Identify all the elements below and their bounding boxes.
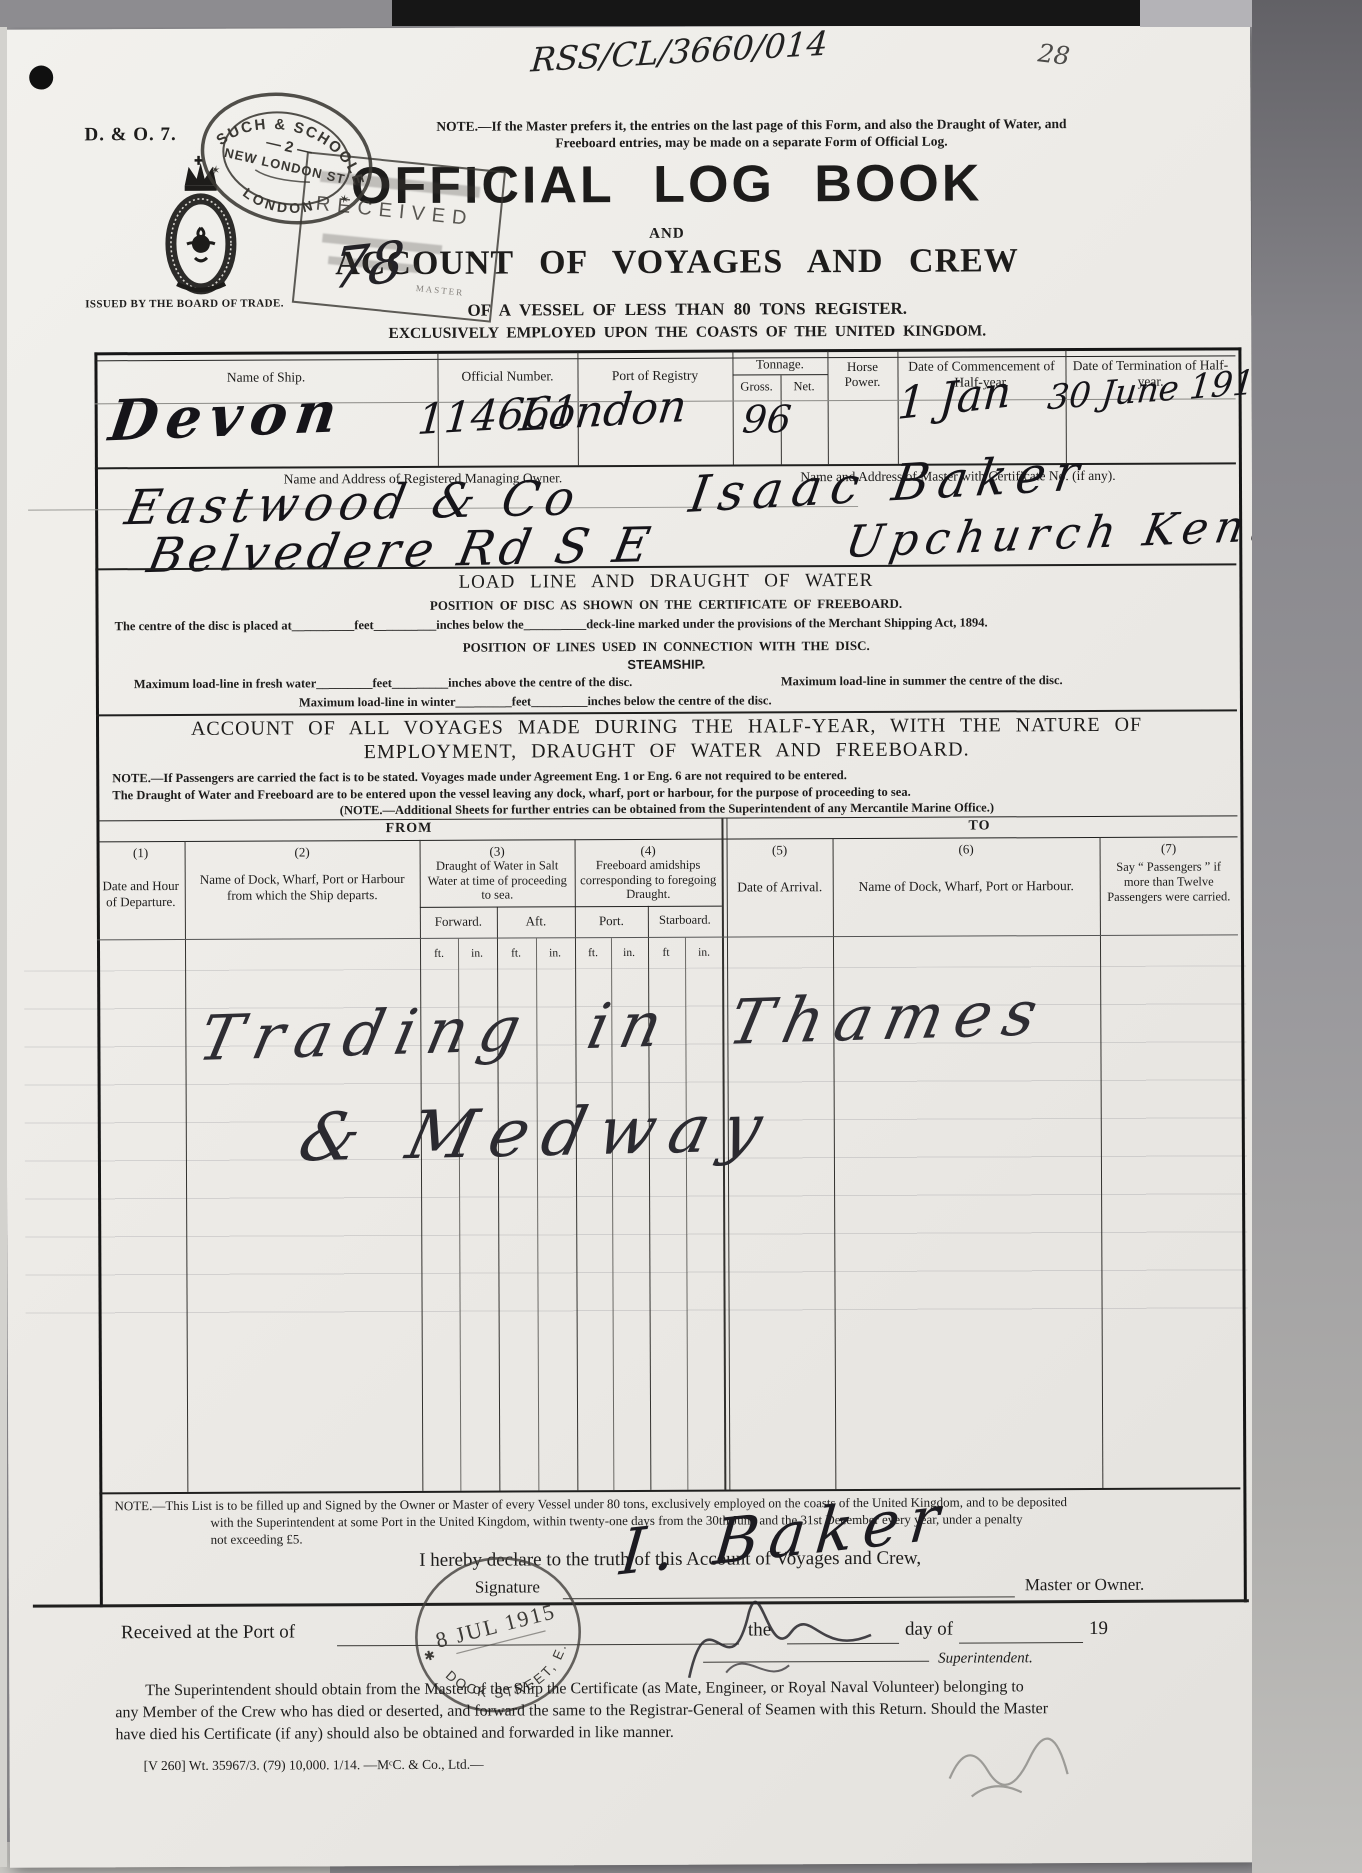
unit-label: ft. — [578, 947, 608, 959]
declaration-note-line3: not exceeding £5. — [211, 1531, 303, 1547]
col4-sub-starboard: Starboard. — [648, 913, 722, 928]
col7-title: Say “ Passengers ” if more than Twelve P… — [1104, 859, 1234, 905]
unit-label: in. — [462, 948, 492, 960]
from-label: FROM — [96, 820, 721, 839]
col5-number: (5) — [727, 842, 833, 858]
issued-by-caption: ISSUED BY THE BOARD OF TRADE. — [85, 298, 284, 311]
col3-sub-aft: Aft. — [497, 913, 575, 929]
superintendent-label: Superintendent. — [938, 1650, 1033, 1667]
under-sheet-strip — [0, 27, 7, 1867]
col1-title: Date and Hour of Departure. — [101, 878, 181, 910]
col3-sub-forward: Forward. — [420, 914, 497, 930]
blank-line — [959, 1642, 1083, 1644]
col2-number: (2) — [185, 844, 420, 861]
scanned-photo: D. & O. 7. RSS/CL/3660/014 28 NOTE.—If t… — [0, 0, 1362, 1873]
col3-title: Draught of Water in Salt Water at time o… — [424, 858, 571, 902]
voyage-entry-line2: & Medway — [292, 1089, 783, 1177]
received-stamp-smudge — [320, 171, 480, 198]
winter-line: Maximum load-line in winter_________feet… — [299, 693, 772, 710]
col4-sub-port: Port. — [575, 913, 648, 929]
photo-edge — [0, 0, 392, 27]
col5-title: Date of Arrival. — [727, 879, 833, 895]
date-stamp-star: ✱ — [422, 1647, 436, 1664]
top-note-line2: Freeboard entries, may be made on a sepa… — [351, 133, 1151, 152]
col-header-horse-power: Horse Power. — [830, 359, 894, 389]
unit-label: in. — [614, 947, 644, 959]
col-header-official-number: Official Number. — [437, 368, 577, 385]
col2-title: Name of Dock, Wharf, Port or Harbour fro… — [195, 871, 410, 904]
col-header-net: Net. — [781, 379, 828, 394]
footer-para-line2: any Member of the Crew who has died or d… — [115, 1700, 1048, 1722]
account-note-1: NOTE.—If Passengers are carried the fact… — [112, 768, 847, 786]
to-label: TO — [721, 817, 1237, 835]
received-stamp-word: RECEIVED — [315, 193, 475, 232]
col6-number: (6) — [833, 841, 1100, 858]
corner-page-number: 28 — [1036, 38, 1071, 71]
form-code: D. & O. 7. — [84, 124, 176, 146]
unit-label: in. — [689, 947, 719, 959]
value-ship-name: Devon — [105, 379, 349, 455]
unit-label: ft — [651, 947, 681, 959]
pen-number-scrawl: 78 — [330, 229, 407, 303]
col6-title: Name of Dock, Wharf, Port or Harbour. — [843, 878, 1090, 895]
col4-title: Freeboard amidships corresponding to for… — [579, 858, 718, 902]
footer-para-line1: The Superintendent should obtain from th… — [115, 1678, 1024, 1700]
subtitle-2: EXCLUSIVELY EMPLOYED UPON THE COASTS OF … — [277, 322, 1097, 344]
col1-number: (1) — [97, 845, 185, 861]
print-reference: [V 260] Wt. 35967/3. (79) 10,000. 1/14. … — [144, 1757, 484, 1774]
received-stamp-caption: MASTER — [415, 283, 464, 298]
date-stamp-date: 8 JUL 1915 — [433, 1598, 558, 1653]
photo-edge-shadow — [1252, 0, 1362, 1873]
value-tonnage-gross: 96 — [740, 397, 793, 441]
received-prefix: Received at the Port of — [121, 1621, 295, 1644]
document-page: D. & O. 7. RSS/CL/3660/014 28 NOTE.—If t… — [2, 24, 1258, 1867]
master-or-owner-label: Master or Owner. — [1025, 1575, 1145, 1596]
photo-edge-bar — [392, 0, 1140, 26]
unit-label: in. — [540, 947, 570, 959]
received-day-of: day of — [905, 1619, 953, 1641]
fresh-water-line: Maximum load-line in fresh water________… — [134, 675, 632, 692]
archive-reference: RSS/CL/3660/014 — [530, 24, 830, 79]
footer-para-line3: have died his Certificate (if any) shoul… — [115, 1724, 674, 1744]
pencil-scribble — [941, 1716, 1076, 1812]
stamp-star-left: ✶ — [209, 162, 222, 178]
summer-line: Maximum load-line in summer the centre o… — [781, 673, 1063, 689]
col7-number: (7) — [1100, 840, 1238, 857]
col-header-gross: Gross. — [733, 379, 781, 394]
received-year: 19 — [1089, 1618, 1108, 1640]
unit-label: ft. — [501, 947, 531, 959]
value-port: London — [517, 381, 690, 442]
unit-label: ft. — [424, 948, 454, 960]
punch-hole-icon — [29, 66, 53, 90]
col-header-tonnage: Tonnage. — [732, 356, 827, 372]
